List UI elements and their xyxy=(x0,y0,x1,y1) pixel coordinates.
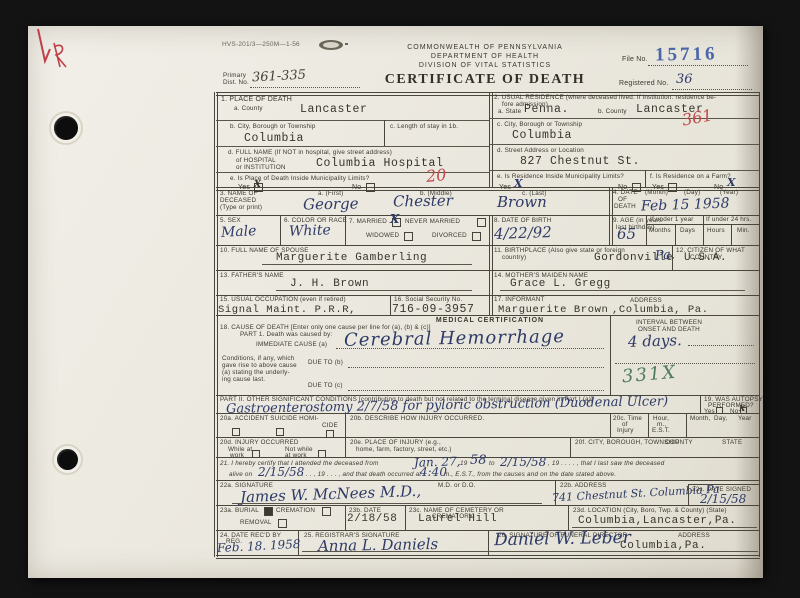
s2f-label: f. Is Residence on a Farm? xyxy=(650,174,731,180)
s23-cremation-checkbox xyxy=(322,507,331,516)
s23-burial-checkbox xyxy=(264,507,273,516)
s18-immediate-value: Cerebral Hemorrhage xyxy=(344,328,565,350)
s3-label3: (Type or print) xyxy=(220,205,262,211)
s2c-label: c. City, Borough or Township xyxy=(497,122,582,128)
rule xyxy=(570,437,571,457)
s9-hours-label: Hours xyxy=(707,228,725,234)
s9-u1-label: If under 1 year xyxy=(650,217,694,223)
s9-months-label: Months xyxy=(649,228,671,234)
rule xyxy=(232,503,542,504)
s21-line2c: m., E.S.T., from the causes and on the d… xyxy=(444,472,616,478)
s11-label2: country) xyxy=(502,255,526,261)
s7-never-checkbox xyxy=(477,218,486,227)
green-code-annotation: 331X xyxy=(621,364,678,387)
rule xyxy=(500,290,745,291)
registered-line xyxy=(672,88,752,90)
s15-label: 15. USUAL OCCUPATION (even if retired) xyxy=(220,297,346,303)
rule xyxy=(688,484,689,505)
s23-loc-value: Columbia,Lancaster,Pa. xyxy=(578,516,736,527)
rule xyxy=(489,270,493,295)
s20e-label2: home, farm, factory, street, etc.) xyxy=(356,447,452,453)
rule xyxy=(390,295,391,315)
rule xyxy=(345,413,346,437)
s20a-homicide-checkbox xyxy=(326,430,334,438)
s5-value: Male xyxy=(221,224,257,240)
s7-divorced-label: DIVORCED xyxy=(432,233,467,239)
file-no-label: File No. xyxy=(622,56,648,63)
s3-middle-value: Chester xyxy=(393,193,453,209)
s9-min-label: Min. xyxy=(737,228,750,234)
rule xyxy=(610,413,611,437)
rule xyxy=(216,480,760,481)
s1c-label: c. Length of stay in 1b. xyxy=(390,124,458,130)
s21-alive-value: 2/15/58 xyxy=(258,466,304,478)
rule xyxy=(489,92,493,187)
primary-dist-label2: Dist. No. xyxy=(223,80,249,86)
rule xyxy=(490,170,759,171)
rule xyxy=(645,170,646,187)
rule xyxy=(302,551,758,552)
s20f-state-label: STATE xyxy=(722,440,742,446)
rule xyxy=(688,484,760,485)
rule xyxy=(675,224,676,245)
s6-value: White xyxy=(289,223,331,238)
red-tally-mark: 20 xyxy=(425,167,447,185)
agency-line-1: COMMONWEALTH OF PENNSYLVANIA xyxy=(380,44,590,51)
s19-no-mark: X xyxy=(739,404,745,412)
s20f-county-label: COUNTY xyxy=(665,440,693,446)
rule xyxy=(686,413,687,437)
s8-value: 4/22/92 xyxy=(494,225,552,242)
primary-dist-value: 361-335 xyxy=(252,69,307,85)
s15-value: Signal Maint. P.R.R, xyxy=(218,305,356,316)
rule xyxy=(489,295,493,315)
s21-line2a: alive on xyxy=(229,472,252,478)
s1e-yes-mark: X xyxy=(254,181,261,190)
rule xyxy=(216,146,490,147)
rule xyxy=(216,437,760,438)
rule xyxy=(345,437,346,457)
s20c-year-label: Year xyxy=(738,416,752,422)
s1b-label: b. City, Borough or Township xyxy=(230,124,316,130)
s20c-label3: Injury xyxy=(617,428,634,434)
agency-line-3: DIVISION OF VITAL STATISTICS xyxy=(380,62,590,69)
s7-married-mark: X xyxy=(390,213,399,225)
s17-value: Marguerite Brown xyxy=(498,305,608,316)
s7-widowed-checkbox xyxy=(404,232,413,241)
s2b-label: b. County xyxy=(598,109,627,115)
rule xyxy=(646,215,647,245)
interval-line xyxy=(688,344,754,346)
s20d-not-checkbox xyxy=(318,450,326,458)
s4-label3: DEATH xyxy=(614,204,636,210)
s1a-label: a. County xyxy=(234,106,263,112)
s23-date-value: 2/18/58 xyxy=(347,514,397,525)
s20d-while-checkbox xyxy=(252,450,260,458)
s17-label: 17. INFORMANT xyxy=(494,297,545,303)
s1d-label3: or INSTITUTION xyxy=(236,165,286,171)
rule xyxy=(490,118,759,119)
registered-value: 36 xyxy=(676,73,693,86)
s2d-label: d. Street Address or Location xyxy=(497,148,584,154)
file-no-stamp: 15716 xyxy=(655,43,718,66)
s13-label: 13. FATHER'S NAME xyxy=(220,273,284,279)
s2e-yes-label: Yes xyxy=(499,184,511,191)
s3-last-value: Brown xyxy=(497,195,547,210)
rule xyxy=(216,187,760,191)
primary-dist-line xyxy=(250,86,360,88)
cause-c-line xyxy=(348,389,604,391)
s22-md-label: M.D. or D.O. xyxy=(438,483,476,489)
s16-value: 716-09-3957 xyxy=(392,304,475,316)
s9-u24-label: If under 24 hrs. xyxy=(706,217,752,223)
form-right-border xyxy=(759,92,760,557)
registered-label: Registered No. xyxy=(619,80,669,87)
s4-day-label: (Day) xyxy=(684,190,700,196)
s21-to-label: to xyxy=(489,461,495,467)
rule xyxy=(384,120,385,146)
s26-addr-label: ADDRESS xyxy=(678,533,710,539)
s20f-label: 20f. CITY, BOROUGH, TOWNSHIP xyxy=(575,440,680,446)
rule xyxy=(568,505,569,530)
s18-part1: PART 1. Death was caused by: xyxy=(240,332,332,338)
rule xyxy=(731,224,732,245)
s23-loc-label: 23d. LOCATION (City, Boro, Twp. & County… xyxy=(573,508,727,514)
s23-cem-value: Laurel Hill xyxy=(418,514,497,525)
s14-value: Grace L. Gregg xyxy=(510,279,611,290)
s19-yes-checkbox xyxy=(716,407,723,414)
s20c-est-label: E.S.T. xyxy=(652,428,670,434)
s13-value: J. H. Brown xyxy=(290,279,369,290)
punch-hole xyxy=(54,116,78,140)
s23-burial-label: 23a. BURIAL xyxy=(220,508,259,514)
rule xyxy=(216,120,490,121)
s20a-label1: 20a. ACCIDENT SUICIDE HOMI- xyxy=(220,416,319,422)
s18-interval-value: 4 days. xyxy=(628,333,682,350)
rule xyxy=(216,270,760,271)
s23-cremation-label: CREMATION xyxy=(276,508,315,514)
s17-address-value: ,Columbia, Pa. xyxy=(612,305,709,316)
s1a-value: Lancaster xyxy=(300,104,368,116)
rule xyxy=(648,413,649,437)
rule xyxy=(262,264,472,265)
rule xyxy=(610,315,611,395)
rule xyxy=(345,505,346,530)
rule xyxy=(703,215,704,245)
s10-value: Marguerite Gamberling xyxy=(276,253,427,264)
interval-line2 xyxy=(615,362,755,364)
rule xyxy=(276,290,472,291)
s20c-day-label: Day, xyxy=(714,416,727,422)
s2c-value: Columbia xyxy=(512,130,572,142)
s1-title: 1. PLACE OF DEATH xyxy=(221,96,292,103)
s3-first-value: George xyxy=(303,197,359,213)
s4-month-label: (Month) xyxy=(645,190,668,196)
s9-days-label: Days xyxy=(680,228,695,234)
s7-married-label: 7. MARRIED xyxy=(349,219,387,225)
s18-note4: ing cause last. xyxy=(222,377,265,383)
s18-immediate-label: IMMEDIATE CAUSE (a) xyxy=(256,342,327,348)
s2f-yes-checkbox xyxy=(668,183,677,192)
s26-signature-value: Daniel W. Leber xyxy=(494,530,631,549)
union-bug-icon xyxy=(318,39,348,52)
s12-value: U.S.A. xyxy=(684,253,727,264)
rule xyxy=(216,245,760,246)
s1e-no-label: No xyxy=(352,184,361,191)
s1b-value: Columbia xyxy=(244,133,304,145)
s21-to-value: 2/15/58 xyxy=(500,456,546,468)
s23-removal-label: REMOVAL xyxy=(240,520,272,526)
s18-due-c-label: DUE TO (c) xyxy=(308,383,343,389)
s7-never-label: NEVER MARRIED xyxy=(405,219,460,225)
rule xyxy=(672,245,673,270)
s2a-label: a. State xyxy=(498,109,521,115)
form-number: HVS-201/3—250M—1-56 xyxy=(222,42,300,49)
s9-value: 65 xyxy=(617,227,636,242)
rule xyxy=(280,215,281,245)
rule xyxy=(700,395,701,413)
rule xyxy=(490,144,759,145)
s2f-no-mark: X xyxy=(727,177,736,188)
agency-line-2: DEPARTMENT OF HEALTH xyxy=(380,53,590,60)
s20c-month-label: Month, xyxy=(690,416,710,422)
s20a-label2: CIDE xyxy=(322,423,338,429)
s21-yr1-value: 58 xyxy=(470,454,487,467)
s22-date-value: 2/15/58 xyxy=(700,493,746,505)
s20d-while2: work xyxy=(230,453,244,459)
rule xyxy=(489,245,493,270)
rule xyxy=(488,530,489,556)
s18-due-b-label: DUE TO (b) xyxy=(308,360,343,366)
rule xyxy=(405,505,406,530)
s20a-suicide-checkbox xyxy=(276,428,284,436)
s1d-label1: d. FULL NAME (If NOT in hospital, give s… xyxy=(228,150,392,156)
s7-divorced-checkbox xyxy=(472,232,481,241)
s20b-label: 20b. DESCRIBE HOW INJURY OCCURRED. xyxy=(350,416,484,422)
s1e-label: e. Is Place of Death Inside Municipality… xyxy=(230,176,369,182)
s7-widowed-label: WIDOWED xyxy=(366,233,399,239)
s1e-no-checkbox xyxy=(366,183,375,192)
s21-line2b: . . . , 19 . . . , and that death occurr… xyxy=(302,472,421,478)
red-pen-mark-icon xyxy=(30,27,76,75)
s2a-value: Penna. xyxy=(524,104,569,116)
photo-background: HVS-201/3—250M—1-56 COMMONWEALTH OF PENN… xyxy=(0,0,800,598)
medical-certification-header: MEDICAL CERTIFICATION xyxy=(370,317,610,324)
s2d-value: 827 Chestnut St. xyxy=(520,156,640,168)
s21-time-value: 4:40 xyxy=(420,466,447,478)
s20a-accident-checkbox xyxy=(232,428,240,436)
certificate-title: CERTIFICATE OF DEATH xyxy=(370,72,600,88)
cause-b-line xyxy=(348,366,604,368)
form-left-border xyxy=(214,92,218,557)
rule xyxy=(216,172,490,173)
s23-removal-checkbox xyxy=(278,519,287,528)
s2e-yes-mark: X xyxy=(514,178,523,189)
s21-line1b: , 19 . . . . , that I last saw the decea… xyxy=(548,461,664,467)
rule xyxy=(489,215,493,245)
s4-value: Feb 15 1958 xyxy=(641,196,730,213)
s20d-not2: at work xyxy=(285,453,307,459)
punch-hole xyxy=(57,449,78,470)
rule xyxy=(216,505,760,506)
s21-yr1-label: 19 xyxy=(460,461,467,467)
